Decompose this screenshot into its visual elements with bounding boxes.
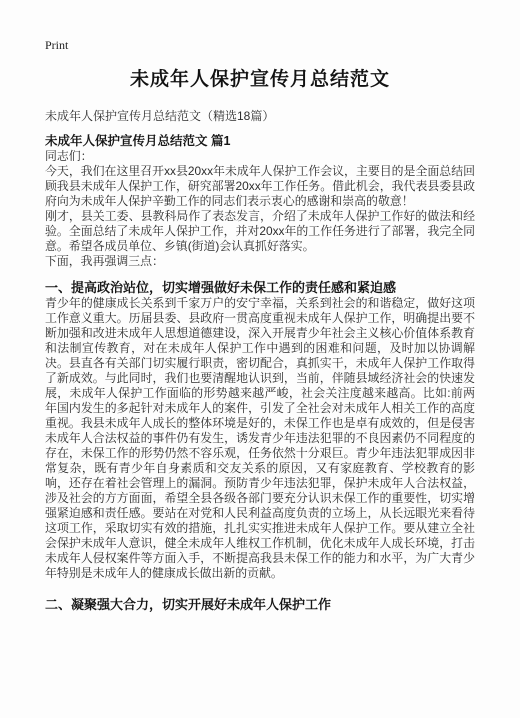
salutation-line: 同志们：	[45, 149, 475, 164]
paragraph-three-points-intro: 下面，我再强调三点：	[45, 254, 475, 269]
paragraph-point-one-body: 青少年的健康成长关系到千家万户的安宁幸福，关系到社会的和谐稳定，做好这项工作意义…	[45, 296, 475, 581]
paragraph-opening: 今天，我们在这里召开xx县20xx年未成年人保护工作会议，主要目的是全面总结回顾…	[45, 164, 475, 209]
page-title: 未成年人保护宣传月总结范文	[45, 67, 475, 93]
article-subtitle: 未成年人保护宣传月总结范文（精选18篇）	[45, 109, 475, 124]
paragraph-remarks: 刚才，县关工委、县教科局作了表态发言，介绍了未成年人保护工作好的做法和经验。全面…	[45, 209, 475, 254]
document-page: Print 未成年人保护宣传月总结范文 未成年人保护宣传月总结范文（精选18篇）…	[0, 0, 520, 718]
heading-point-one: 一、提高政治站位，切实增强做好未保工作的责任感和紧迫感	[45, 280, 475, 296]
print-link[interactable]: Print	[45, 38, 68, 52]
article-section-heading: 未成年人保护宣传月总结范文 篇1	[45, 133, 475, 149]
heading-point-two: 二、凝聚强大合力，切实开展好未成年人保护工作	[45, 597, 475, 613]
